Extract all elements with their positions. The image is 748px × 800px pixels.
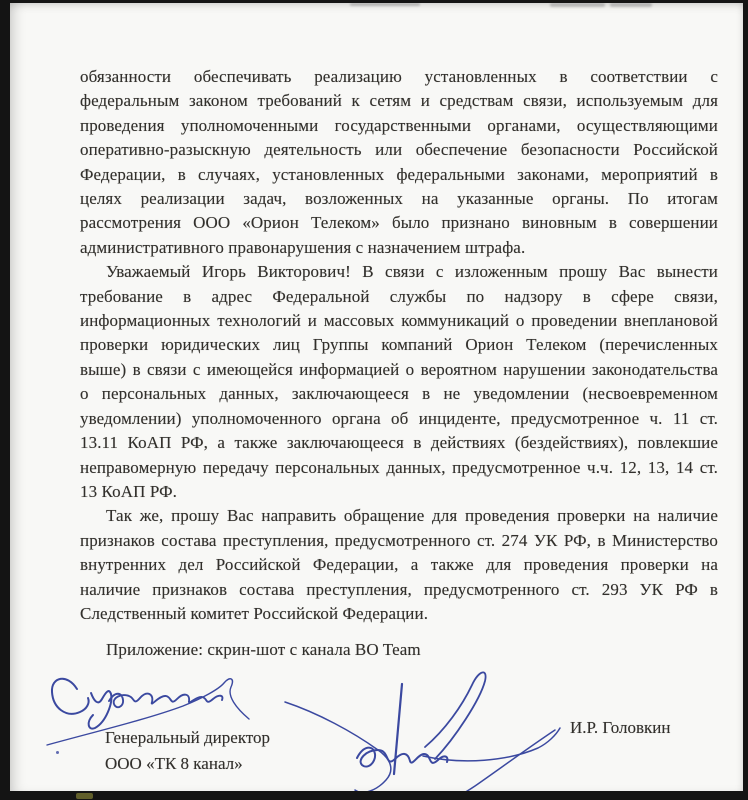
document-page: обязанности обеспечивать реализацию уста… [10,3,743,791]
text-line: Так же, прошу Вас направить обращение дл… [80,504,718,528]
signer-name: И.Р. Головкин [570,718,670,738]
scan-smudge [550,3,605,7]
text-line: внутренних дел Российской Федерации, а т… [80,553,718,577]
text-line: федеральным законом требований к сетям и… [80,89,718,113]
text-line: наличие признаков состава преступления, … [80,578,718,602]
text-line: информационных технологий и массовых ком… [80,309,718,333]
text-line: административного правонарушения с назна… [80,236,718,260]
text-line: проверки юридических лиц Группы компаний… [80,333,718,357]
document-body: обязанности обеспечивать реализацию уста… [80,65,718,626]
ceo-title-line2: ООО «ТК 8 канал» [105,751,270,777]
scanned-document: обязанности обеспечивать реализацию уста… [0,0,748,800]
text-line: Федерации, в случаях, установленных феде… [80,163,718,187]
ink-dot [56,751,59,754]
text-line: 13.11 КоАП РФ, а также заключающееся в д… [80,431,718,455]
text-line: неправомерную передачу персональных данн… [80,456,718,480]
text-line: рассмотрения ООО «Орион Телеком» было пр… [80,211,718,235]
text-line: признаков состава преступления, предусмо… [80,529,718,553]
text-line: 13 КоАП РФ. [80,480,718,504]
ceo-title-line1: Генеральный директор [105,725,270,751]
text-line: оперативно-разыскную деятельность или об… [80,138,718,162]
text-line: о персональных данных, заключающееся в н… [80,382,718,406]
paragraph: Уважаемый Игорь Викторович! В связи с из… [80,260,718,504]
ceo-title: Генеральный директор ООО «ТК 8 канал» [105,725,270,776]
text-line: Уважаемый Игорь Викторович! В связи с из… [80,260,718,284]
scan-smudge [610,3,652,7]
paragraph: обязанности обеспечивать реализацию уста… [80,65,718,260]
text-line: требование в адрес Федеральной службы по… [80,285,718,309]
scan-accent-mark [76,793,93,799]
text-line: проведения уполномоченными государственн… [80,114,718,138]
text-line: уведомлении) уполномоченного органа об и… [80,407,718,431]
text-line: Следственный комитет Российской Федераци… [80,602,718,626]
text-line: обязанности обеспечивать реализацию уста… [80,65,718,89]
signature-flourish [283,658,565,791]
text-line: выше) в связи с имеющейся информацией о … [80,358,718,382]
paragraph: Так же, прошу Вас направить обращение дл… [80,504,718,626]
scan-smudge [350,3,420,6]
attachment-section: Приложение: скрин-шот с канала BO Team [80,626,718,662]
text-line: целях реализации задач, возложенных на у… [80,187,718,211]
